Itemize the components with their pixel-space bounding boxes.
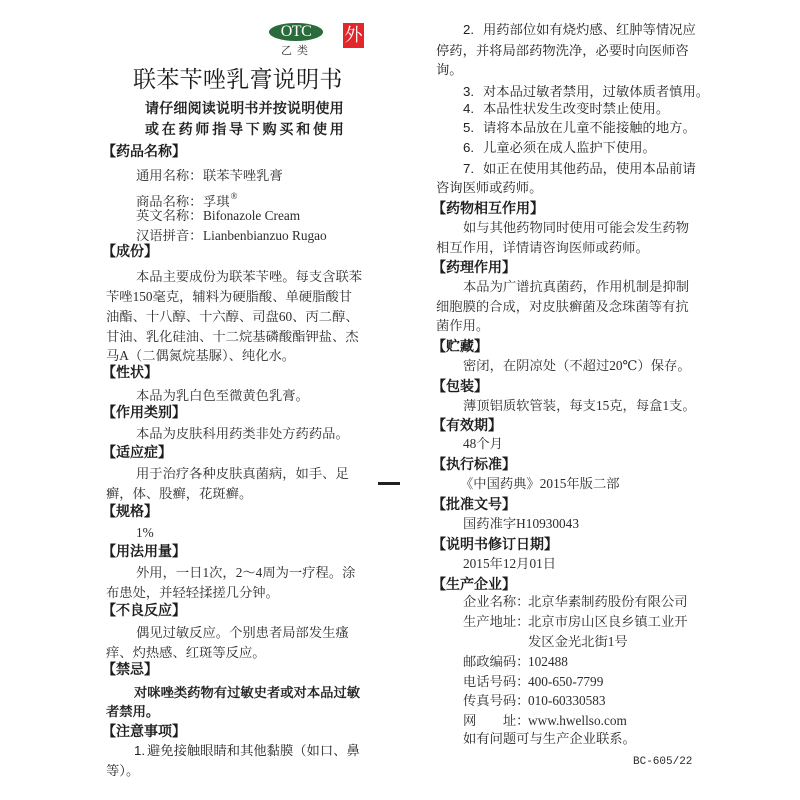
text-line: 本品为乳白色至微黄色乳膏。 (136, 388, 309, 404)
field-value: 010-60330583 (528, 693, 606, 708)
text-line: 细胞膜的合成，对皮肤癣菌及念珠菌等有抗 (436, 299, 689, 315)
field-label: 传真号码： (463, 693, 528, 709)
field-website: 网 址：www.hwellso.com (463, 713, 627, 729)
text-line: 苄唑150毫克，辅料为硬脂酸、单硬脂酸甘 (106, 289, 352, 305)
section-heading: 【规格】 (102, 503, 158, 519)
field-value-continued: 发区金光北街1号 (528, 634, 628, 650)
item-number: 5. (463, 120, 483, 136)
field-label: 企业名称： (463, 594, 528, 610)
field-label: 邮政编码： (463, 654, 528, 670)
item-text: 避免接触眼睛和其他黏膜（如口、鼻 (147, 743, 360, 758)
text-line: 薄顶铝质软管装，每支15克，每盒1支。 (463, 398, 696, 414)
section-heading: 【禁忌】 (102, 661, 158, 677)
field-generic-name: 通用名称：联苯苄唑乳膏 (136, 168, 283, 184)
text-line: 本品为广谱抗真菌药，作用机制是抑制 (463, 279, 689, 295)
section-heading: 【说明书修订日期】 (432, 536, 558, 552)
item-text: 请将本品放在儿童不能接触的地方。 (483, 120, 696, 135)
precaution-item: 4.本品性状发生改变时禁止使用。 (463, 101, 669, 117)
notice-line: 请仔细阅读说明书并按说明使用 (145, 100, 344, 117)
item-number: 3. (463, 84, 483, 100)
text-line: 《中国药典》2015年版二部 (460, 476, 620, 492)
section-heading: 【生产企业】 (432, 576, 516, 592)
field-value: 北京市房山区良乡镇工业开 (528, 614, 688, 629)
text-line: 相互作用，详情请咨询医师或药师。 (436, 240, 649, 256)
item-text: 本品性状发生改变时禁止使用。 (483, 101, 669, 116)
field-label: 汉语拼音： (136, 228, 203, 244)
item-number: 1. (134, 743, 147, 759)
section-heading: 【作用类别】 (102, 404, 186, 420)
text-line: 者禁用。 (106, 704, 159, 720)
section-heading: 【包装】 (432, 378, 488, 394)
text-line: 甘油、乳化硅油、十二烷基磷酸酯钾盐、杰 (106, 329, 359, 345)
otc-badge: OTC (269, 23, 323, 41)
section-heading: 【注意事项】 (102, 723, 186, 739)
precaution-item: 1.避免接触眼睛和其他黏膜（如口、鼻 (134, 743, 360, 759)
text-line: 布患处，并轻轻揉搓几分钟。 (106, 585, 279, 601)
item-text: 如正在使用其他药品，使用本品前请 (483, 161, 696, 176)
section-heading: 【不良反应】 (102, 602, 186, 618)
precaution-item: 5.请将本品放在儿童不能接触的地方。 (463, 120, 696, 136)
document-code: BC-605/22 (633, 755, 692, 769)
field-value: 102488 (528, 654, 568, 669)
field-value: Lianbenbianzuo Rugao (203, 228, 327, 243)
field-trade-name: 商品名称：孚琪® (136, 188, 237, 210)
item-text: 对本品过敏者禁用，过敏体质者慎用。 (483, 84, 709, 99)
text-line: 马A（二偶氮烷基脲）、纯化水。 (106, 348, 295, 364)
text-line: 停药，并将局部药物洗净，必要时向医师咨 (436, 43, 689, 59)
otc-category-label: 乙类 (281, 44, 313, 58)
item-number: 6. (463, 140, 483, 156)
text-line: 油酯、十八醇、十六醇、司盘60、丙二醇、 (106, 309, 359, 325)
field-value: 400-650-7799 (528, 674, 603, 689)
precaution-item: 3.对本品过敏者禁用，过敏体质者慎用。 (463, 84, 709, 100)
text-line: 密闭，在阴凉处（不超过20℃）保存。 (463, 358, 691, 374)
section-heading: 【执行标准】 (432, 456, 516, 472)
field-value: 孚琪 (203, 194, 230, 209)
text-line: 询。 (436, 62, 463, 78)
contact-note: 如有问题可与生产企业联系。 (463, 731, 636, 747)
text-line: 对咪唑类药物有过敏史者或对本品过敏 (134, 685, 360, 701)
section-heading: 【有效期】 (432, 417, 502, 433)
field-label: 网 址： (463, 713, 528, 729)
item-number: 7. (463, 161, 483, 177)
section-heading: 【适应症】 (102, 444, 172, 460)
document-title: 联苯苄唑乳膏说明书 (133, 66, 343, 92)
field-pinyin-name: 汉语拼音：Lianbenbianzuo Rugao (136, 228, 327, 244)
precaution-item: 6.儿童必须在成人监护下使用。 (463, 140, 656, 156)
text-line: 偶见过敏反应。个别患者局部发生瘙 (136, 625, 349, 641)
precaution-item: 2.用药部位如有烧灼感、红肿等情况应 (463, 22, 696, 38)
field-postal-code: 邮政编码：102488 (463, 654, 568, 670)
field-label: 电话号码： (463, 674, 528, 690)
field-company-name: 企业名称：北京华素制药股份有限公司 (463, 594, 688, 610)
external-use-badge: 外 (343, 23, 364, 48)
field-label: 生产地址： (463, 614, 528, 630)
field-phone: 电话号码：400-650-7799 (463, 674, 603, 690)
item-text: 儿童必须在成人监护下使用。 (483, 140, 656, 155)
text-line: 用于治疗各种皮肤真菌病，如手、足 (136, 466, 349, 482)
section-heading: 【批准文号】 (432, 496, 516, 512)
field-label: 通用名称： (136, 168, 203, 184)
field-label: 英文名称： (136, 208, 203, 224)
text-line: 咨询医师或药师。 (436, 180, 542, 196)
text-line: 菌作用。 (436, 318, 489, 334)
section-heading: 【性状】 (102, 364, 158, 380)
text-line: 外用，一日1次，2～4周为一疗程。涂 (136, 565, 355, 581)
fold-mark-divider (378, 482, 400, 485)
text-line: 癣，体、股癣，花斑癣。 (106, 486, 252, 502)
text-line: 等）。 (106, 763, 139, 779)
text-line: 国药准字H10930043 (463, 516, 579, 532)
section-heading: 【药理作用】 (432, 259, 516, 275)
field-value: www.hwellso.com (528, 713, 627, 728)
text-line: 痒、灼热感、红斑等反应。 (106, 645, 266, 661)
text-line: 1% (136, 525, 154, 541)
section-heading: 【贮藏】 (432, 338, 488, 354)
item-number: 4. (463, 101, 483, 117)
item-text: 用药部位如有烧灼感、红肿等情况应 (483, 22, 696, 37)
section-heading: 【用法用量】 (102, 543, 186, 559)
registered-mark-icon: ® (231, 191, 238, 201)
field-value: 北京华素制药股份有限公司 (528, 594, 688, 609)
text-line: 本品为皮肤科用药类非处方药药品。 (136, 426, 349, 442)
text-line: 48个月 (463, 436, 503, 452)
section-heading: 【药品名称】 (102, 143, 186, 159)
field-fax: 传真号码：010-60330583 (463, 693, 606, 709)
precaution-item: 7.如正在使用其他药品，使用本品前请 (463, 161, 696, 177)
item-number: 2. (463, 22, 483, 38)
text-line: 2015年12月01日 (463, 556, 556, 572)
field-english-name: 英文名称：Bifonazole Cream (136, 208, 300, 224)
section-heading: 【成份】 (102, 243, 158, 259)
field-value: Bifonazole Cream (203, 208, 300, 223)
text-line: 本品主要成份为联苯苄唑。每支含联苯 (136, 269, 362, 285)
field-value: 联苯苄唑乳膏 (203, 168, 283, 183)
field-address: 生产地址：北京市房山区良乡镇工业开 (463, 614, 688, 630)
text-line: 如与其他药物同时使用可能会发生药物 (463, 220, 689, 236)
notice-line: 或在药师指导下购买和使用 (145, 121, 347, 138)
section-heading: 【药物相互作用】 (432, 200, 544, 216)
